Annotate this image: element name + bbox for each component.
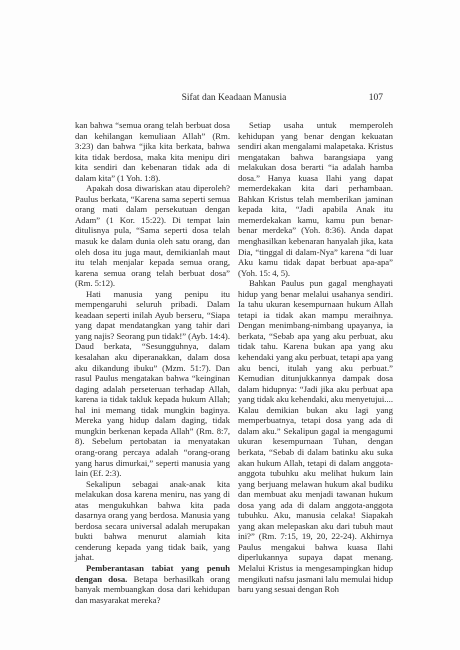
paragraph: Bahkan Paulus pun gagal menghayati hidup… [238, 278, 393, 594]
page-header: Sifat dan Keadaan Manusia 107 [75, 93, 393, 104]
left-column: kan bahwa “semua orang telah berbuat dos… [75, 120, 230, 605]
paragraph: Sekalipun sebagai anak-anak kita melakuk… [75, 479, 230, 563]
paragraph: Hati manusia yang penipu itu mempengaruh… [75, 289, 230, 479]
page-number: 107 [369, 93, 383, 104]
text-columns: kan bahwa “semua orang telah berbuat dos… [75, 120, 393, 605]
paragraph: Pemberantasan tabiat yang penuh dengan d… [75, 563, 230, 605]
right-column: Setiap usaha untuk memperoleh kehidupan … [238, 120, 393, 605]
paragraph: Apakah dosa diwariskan atau diperoleh? P… [75, 183, 230, 288]
paragraph: kan bahwa “semua orang telah berbuat dos… [75, 120, 230, 183]
paragraph-lead: Pemberantasan tabiat yang penuh dengan d… [75, 563, 230, 584]
book-page: Sifat dan Keadaan Manusia 107 kan bahwa … [0, 0, 460, 650]
chapter-title: Sifat dan Keadaan Manusia [75, 93, 393, 104]
paragraph: Setiap usaha untuk memperoleh kehidupan … [238, 120, 393, 278]
